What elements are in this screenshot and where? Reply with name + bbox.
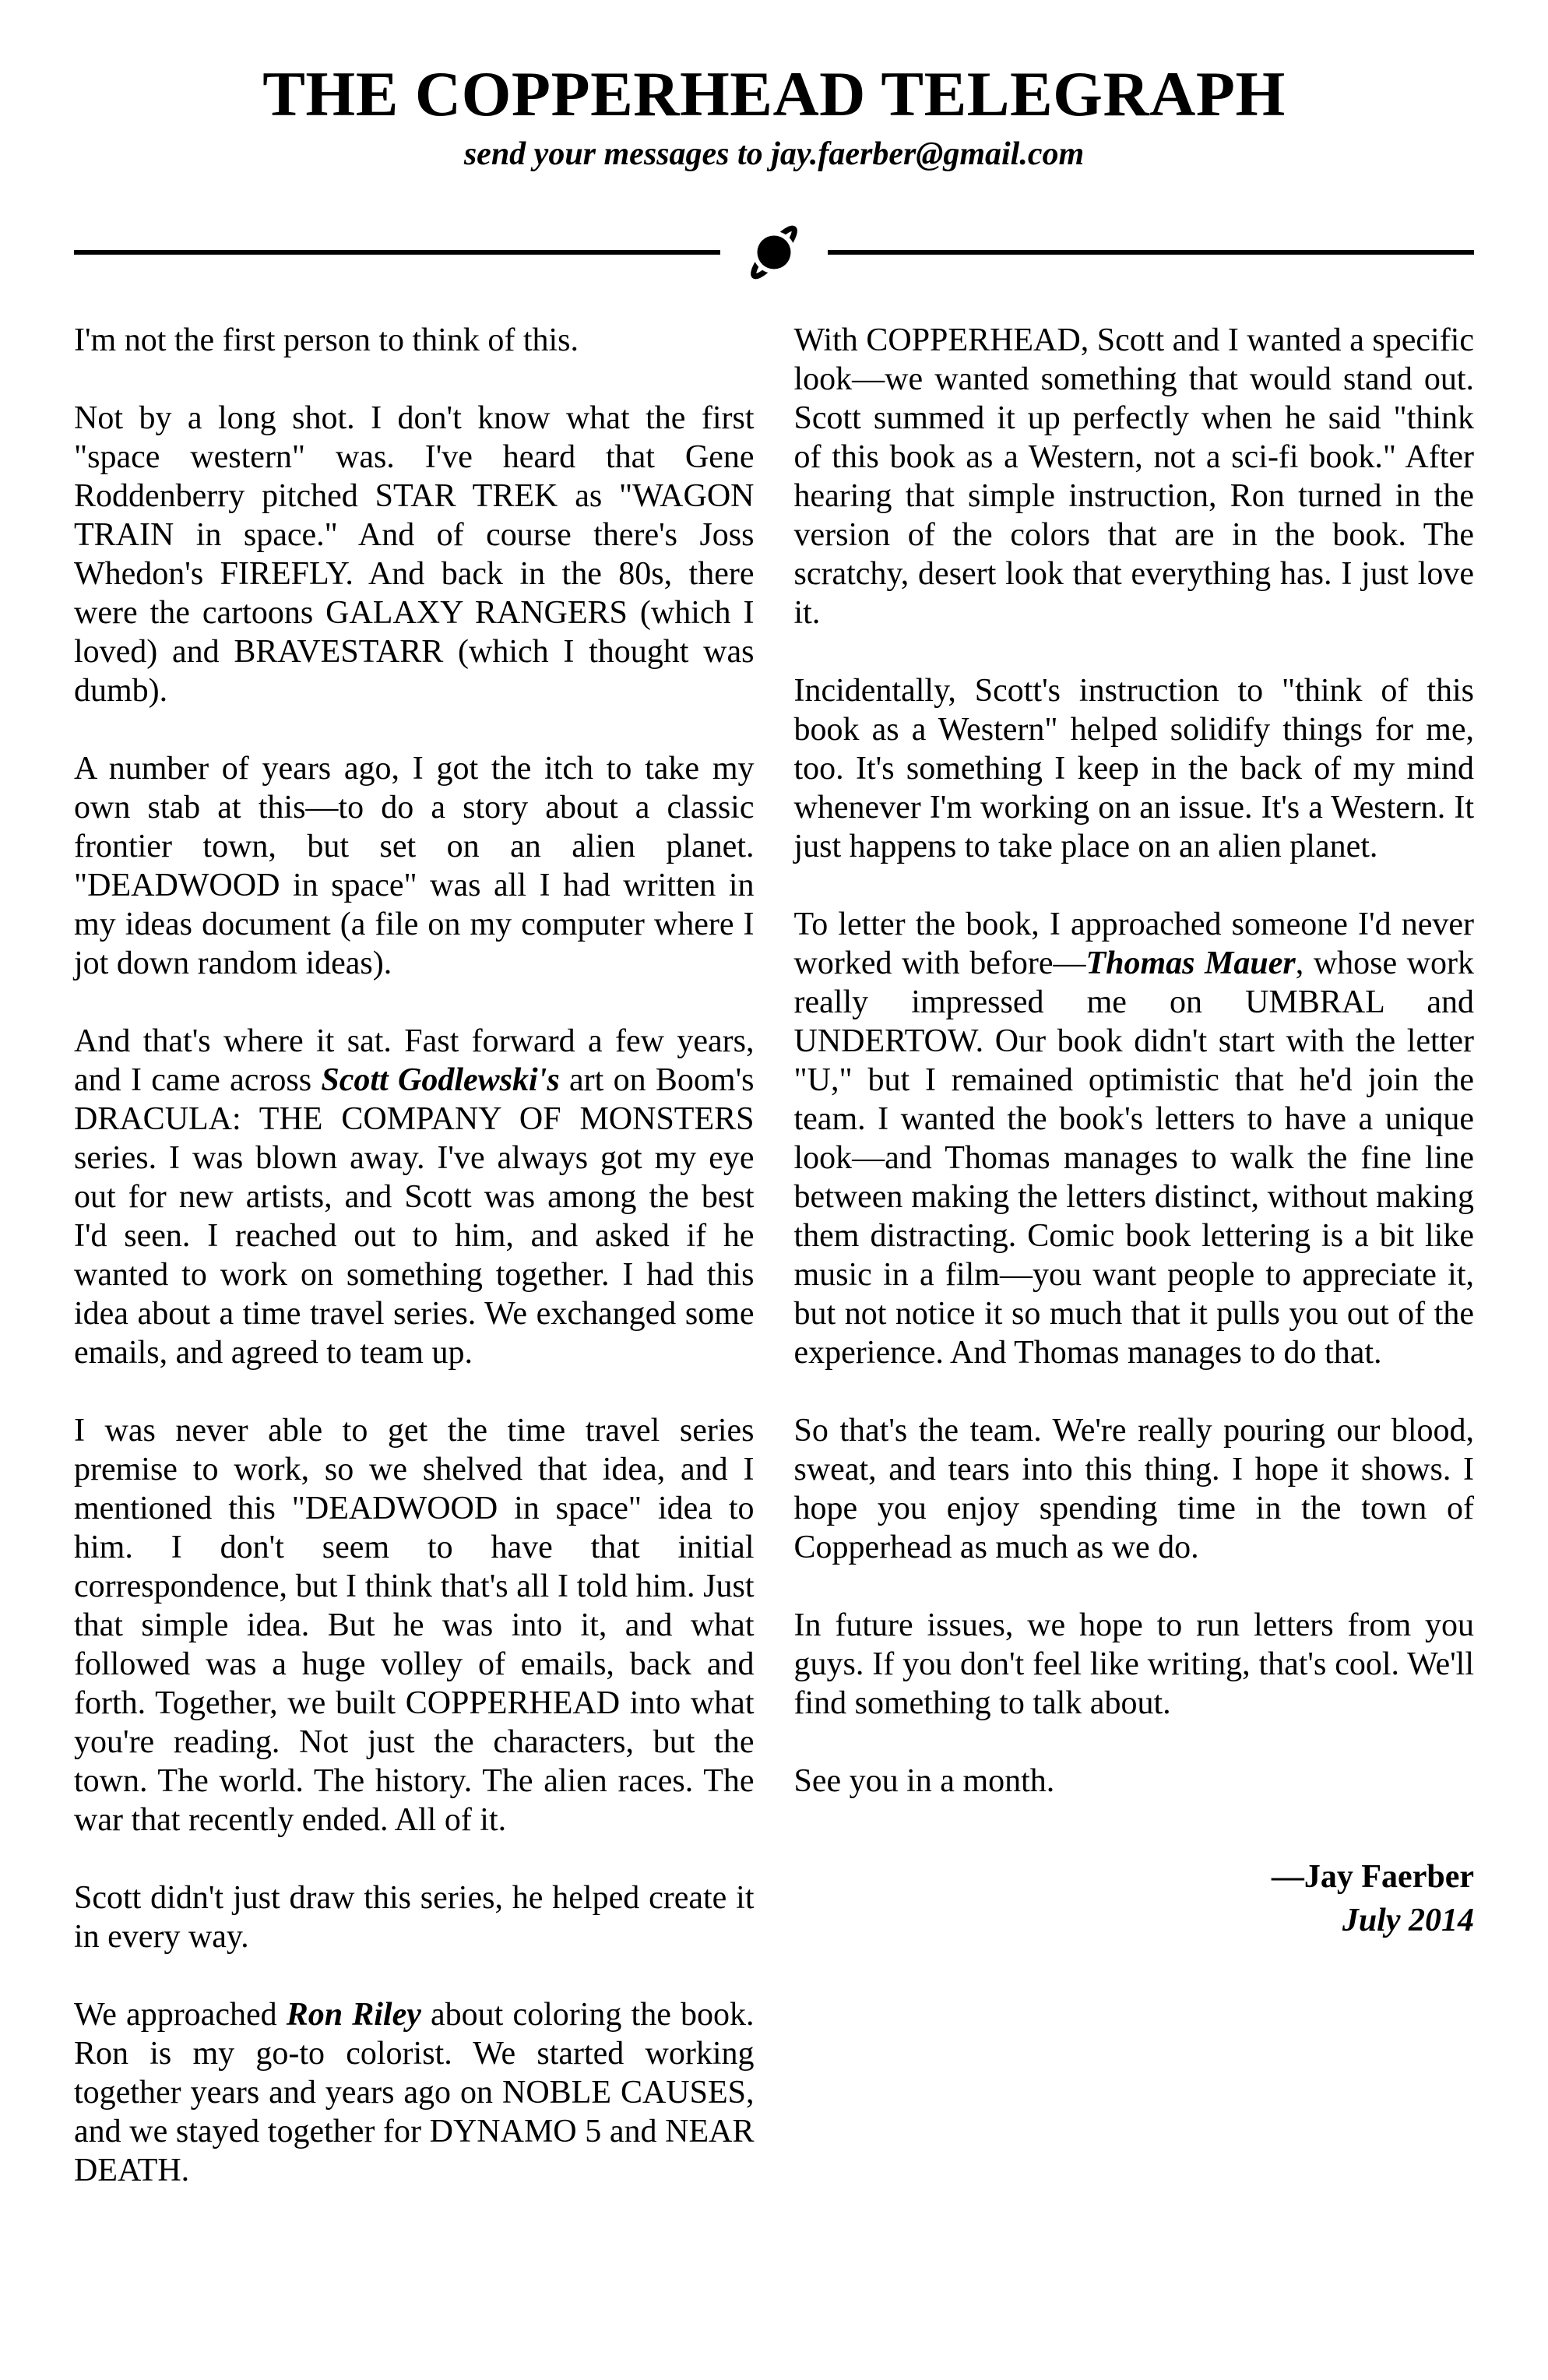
creator-name: Thomas Mauer (1085, 945, 1295, 981)
divider-line-left (74, 250, 720, 255)
page-header: THE COPPERHEAD TELEGRAPH send your messa… (74, 61, 1474, 173)
paragraph: I'm not the first person to think of thi… (74, 321, 755, 360)
page-subtitle: send your messages to jay.faerber@gmail.… (74, 136, 1474, 173)
paragraph-text: Incidentally, Scott's instruction to "th… (794, 673, 1475, 864)
creator-name: Ron Riley (287, 1997, 421, 2033)
divider-rule (74, 215, 1474, 290)
paragraph: And that's where it sat. Fast forward a … (74, 1022, 755, 1372)
paragraph-text: , whose work really impressed me on UMBR… (794, 945, 1475, 1371)
left-column: I'm not the first person to think of thi… (74, 321, 755, 2229)
paragraph: Incidentally, Scott's instruction to "th… (794, 671, 1475, 866)
paragraph: So that's the team. We're really pouring… (794, 1411, 1475, 1567)
right-column: With COPPERHEAD, Scott and I wanted a sp… (794, 321, 1475, 2229)
paragraph-text: With COPPERHEAD, Scott and I wanted a sp… (794, 322, 1475, 631)
paragraph-text: See you in a month. (794, 1763, 1055, 1799)
divider-line-right (828, 250, 1474, 255)
signature-date: July 2014 (794, 1899, 1475, 1942)
signature-block: —Jay Faerber July 2014 (794, 1855, 1475, 1942)
paragraph: See you in a month. (794, 1762, 1475, 1801)
paragraph: Not by a long shot. I don't know what th… (74, 399, 755, 710)
paragraph: Scott didn't just draw this series, he h… (74, 1878, 755, 1956)
saturn-planet-icon (741, 216, 807, 289)
right-column-text: With COPPERHEAD, Scott and I wanted a sp… (794, 321, 1475, 1801)
paragraph-text: Scott didn't just draw this series, he h… (74, 1880, 755, 1955)
paragraph: With COPPERHEAD, Scott and I wanted a sp… (794, 321, 1475, 632)
paragraph-text: I'm not the first person to think of thi… (74, 322, 579, 358)
paragraph-text: So that's the team. We're really pouring… (794, 1413, 1475, 1565)
paragraph: In future issues, we hope to run letters… (794, 1606, 1475, 1723)
page-title: THE COPPERHEAD TELEGRAPH (74, 61, 1474, 128)
paragraph-text: In future issues, we hope to run letters… (794, 1607, 1475, 1721)
paragraph: To letter the book, I approached someone… (794, 905, 1475, 1372)
paragraph-text: Not by a long shot. I don't know what th… (74, 400, 755, 709)
creator-name: Scott Godlewski's (321, 1062, 559, 1098)
paragraph-text: I was never able to get the time travel … (74, 1413, 755, 1838)
paragraph-text: A number of years ago, I got the itch to… (74, 751, 755, 981)
letters-page: THE COPPERHEAD TELEGRAPH send your messa… (0, 0, 1548, 2380)
body-columns: I'm not the first person to think of thi… (74, 321, 1474, 2229)
signature-name: —Jay Faerber (794, 1855, 1475, 1899)
paragraph-text: We approached (74, 1997, 287, 2033)
paragraph: We approached Ron Riley about coloring t… (74, 1995, 755, 2190)
paragraph: I was never able to get the time travel … (74, 1411, 755, 1840)
paragraph-text: art on Boom's DRACULA: THE COMPANY OF MO… (74, 1062, 755, 1371)
paragraph: A number of years ago, I got the itch to… (74, 749, 755, 983)
